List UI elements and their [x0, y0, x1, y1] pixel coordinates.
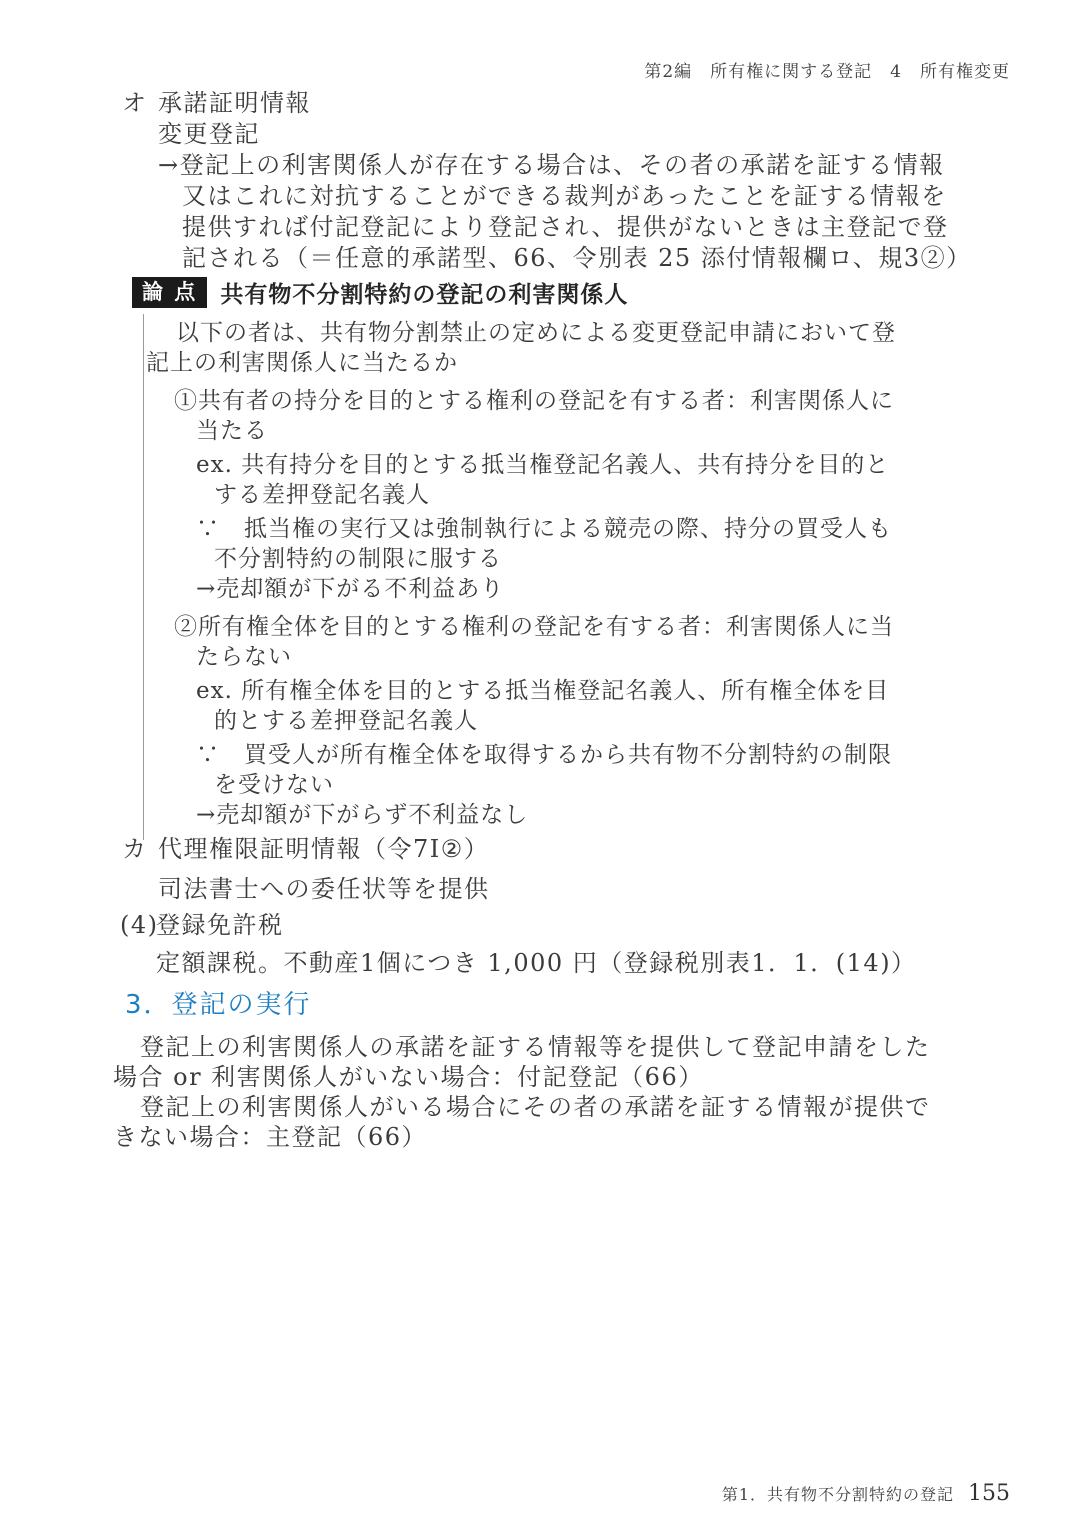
section-4-body: 定額課税。不動産1個につき 1,000 円（登録税別表1．1．(14)）: [156, 947, 1020, 979]
section-ka-title-row: カ 代理権限証明情報（令7Ⅰ②）: [122, 833, 1022, 865]
item-marker-4: (4): [120, 909, 156, 941]
text-line: ②所有権全体を目的とする権利の登記を有する者：利害関係人に当: [174, 612, 993, 642]
section-o-title: 承諾証明情報: [158, 88, 311, 119]
section-ka-title: 代理権限証明情報（令7Ⅰ②）: [158, 833, 489, 865]
section-toki-no-jikko: 3．登記の実行 登記上の利害関係人の承諾を証する情報等を提供して登記申請をした …: [113, 990, 993, 1152]
ronten-item-2: ②所有権全体を目的とする権利の登記を有する者：利害関係人に当 たらない ex. …: [146, 612, 993, 830]
text-line: 場合 or 利害関係人がいない場合：付記登記（66）: [113, 1062, 993, 1092]
text-line: ex. 所有権全体を目的とする抵当権登記名義人、所有権全体を目: [196, 676, 993, 706]
text-line: 登記上の利害関係人の承諾を証する情報等を提供して登記申請をした: [113, 1032, 993, 1062]
page-number: 155: [968, 1481, 1010, 1506]
section-3-heading: 3．登記の実行: [125, 990, 993, 1020]
ronten-badge: 論 点: [132, 277, 207, 308]
ronten-title: 共有物不分割特約の登記の利害関係人: [220, 276, 628, 309]
text-line: →売却額が下がらず不利益なし: [196, 800, 993, 830]
item-marker-ka: カ: [122, 833, 158, 865]
text-line: 当たる: [196, 416, 993, 446]
section-4-title: 登録免許税: [156, 909, 284, 941]
book-page: 第2編 所有権に関する登記 4 所有権変更 オ 承諾証明情報 変更登記 →登記上…: [0, 0, 1088, 1536]
text-line: ①共有者の持分を目的とする権利の登記を有する者：利害関係人に: [174, 386, 993, 416]
text-line: ex. 共有持分を目的とする抵当権登記名義人、共有持分を目的と: [196, 450, 993, 480]
section-o-subtitle: 変更登記: [158, 119, 1022, 150]
section-ka-body: 司法書士への委任状等を提供: [158, 873, 1022, 905]
text-line: 的とする差押登記名義人: [214, 706, 993, 736]
text-line: 提供すれば付記登記により登記され、提供がないときは主登記で登: [182, 212, 1022, 243]
running-header: 第2編 所有権に関する登記 4 所有権変更: [644, 57, 1010, 82]
section-toroku-menkyozei: (4) 登録免許税 定額課税。不動産1個につき 1,000 円（登録税別表1．1…: [120, 909, 1020, 979]
text-line: 登記上の利害関係人がいる場合にその者の承諾を証する情報が提供で: [113, 1092, 993, 1122]
text-line: ∵ 買受人が所有権全体を取得するから共有物不分割特約の制限: [196, 740, 993, 770]
ronten-body: 以下の者は、共有物分割禁止の定めによる変更登記申請において登 記上の利害関係人に…: [143, 314, 993, 840]
text-line: きない場合：主登記（66）: [113, 1122, 993, 1152]
text-line: →登記上の利害関係人が存在する場合は、その者の承諾を証する情報: [158, 150, 1022, 181]
section-dairi-kengen: カ 代理権限証明情報（令7Ⅰ②） 司法書士への委任状等を提供: [122, 833, 1022, 905]
page-footer: 第1．共有物不分割特約の登記 155: [722, 1481, 1010, 1506]
section-4-title-row: (4) 登録免許税: [120, 909, 1020, 941]
ronten-box: 論 点 共有物不分割特約の登記の利害関係人 以下の者は、共有物分割禁止の定めによ…: [132, 276, 1022, 840]
text-line: 記される（＝任意的承諾型、66、令別表 25 添付情報欄ロ、規3②）: [182, 243, 1022, 274]
text-line: 又はこれに対抗することができる裁判があったことを証する情報を: [182, 181, 1022, 212]
text-line: する差押登記名義人: [214, 480, 993, 510]
footer-section-title: 第1．共有物不分割特約の登記: [722, 1482, 954, 1505]
ronten-intro-line: 記上の利害関係人に当たるか: [146, 348, 993, 378]
ronten-header: 論 点 共有物不分割特約の登記の利害関係人: [132, 276, 1022, 309]
text-line: ∵ 抵当権の実行又は強制執行による競売の際、持分の買受人も: [196, 514, 993, 544]
text-line: を受けない: [214, 770, 993, 800]
ronten-intro-line: 以下の者は、共有物分割禁止の定めによる変更登記申請において登: [176, 318, 993, 348]
text-line: →売却額が下がる不利益あり: [196, 574, 993, 604]
text-line: たらない: [196, 642, 993, 672]
ronten-item-1: ①共有者の持分を目的とする権利の登記を有する者：利害関係人に 当たる ex. 共…: [146, 386, 993, 604]
text-line: 不分割特約の制限に服する: [214, 544, 993, 574]
section-o-title-row: オ 承諾証明情報: [122, 88, 1022, 119]
item-marker-o: オ: [122, 88, 158, 119]
section-shodaku-shomei-joho: オ 承諾証明情報 変更登記 →登記上の利害関係人が存在する場合は、その者の承諾を…: [122, 88, 1022, 274]
